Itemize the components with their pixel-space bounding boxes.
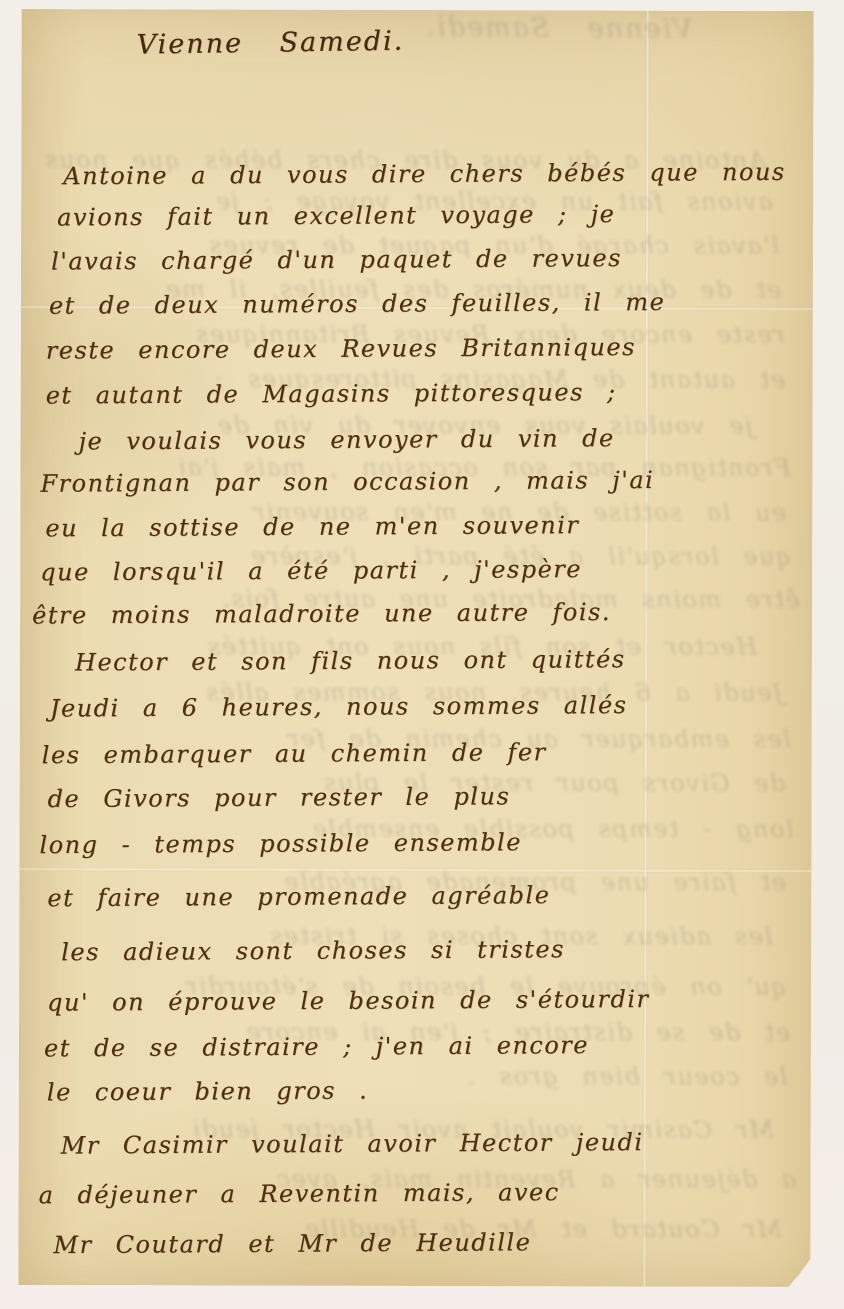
letter-line: les adieux sont choses si tristes [61,935,565,966]
letter-line: Antoine a du vous dire chers bébés que n… [63,158,786,190]
letter-line: le coeur bien gros . [47,1076,369,1106]
letter-line: les embarquer au chemin de fer [42,738,547,769]
letter-line: long - temps possible ensemble [39,828,522,859]
letter-line: de Givors pour rester le plus [48,782,511,813]
letter-line: je voulais vous envoyer du vin de [78,424,614,455]
letter-line: Jeudi a 6 heures, nous sommes allés [50,691,628,723]
letter-line: reste encore deux Revues Britanniques [46,333,636,365]
paper-sheet: Vienne Samedi. Antoine a du vous dire ch… [18,9,813,1287]
letter-line: Hector et son fils nous ont quittés [75,645,626,676]
scanned-letter-photo: { "page": { "kind": "handwritten letter,… [0,0,844,1309]
letter-line: avions fait un excellent voyage ; je [57,200,615,231]
letter-line: que lorsqu'il a été parti , j'espère [40,555,582,586]
letter-line: qu' on éprouve le besoin de s'étourdir [47,985,650,1017]
letter-line: eu la sottise de ne m'en souvenir [45,511,579,542]
letter-line: a déjeuner a Reventin mais, avec [38,1178,559,1209]
letter-line: et faire une promenade agréable [47,881,550,912]
handwriting-ink-layer: Vienne Samedi. Antoine a du vous dire ch… [18,9,813,1287]
letter-line: et de se distraire ; j'en ai encore [44,1031,589,1062]
letter-line: et autant de Magasins pittoresques ; [46,378,617,409]
letter-line: Frontignan par son occasion , mais j'ai [40,466,654,498]
letter-line: Mr Coutard et Mr de Heudille [53,1228,531,1259]
letter-line: être moins maladroite une autre fois. [32,598,611,630]
letter-line: l'avais chargé d'un paquet de revues [51,244,622,275]
dateline: Vienne Samedi. [136,26,404,61]
letter-line: et de deux numéros des feuilles, il me [49,288,666,320]
letter-line: Mr Casimir voulait avoir Hector jeudi [61,1128,644,1160]
